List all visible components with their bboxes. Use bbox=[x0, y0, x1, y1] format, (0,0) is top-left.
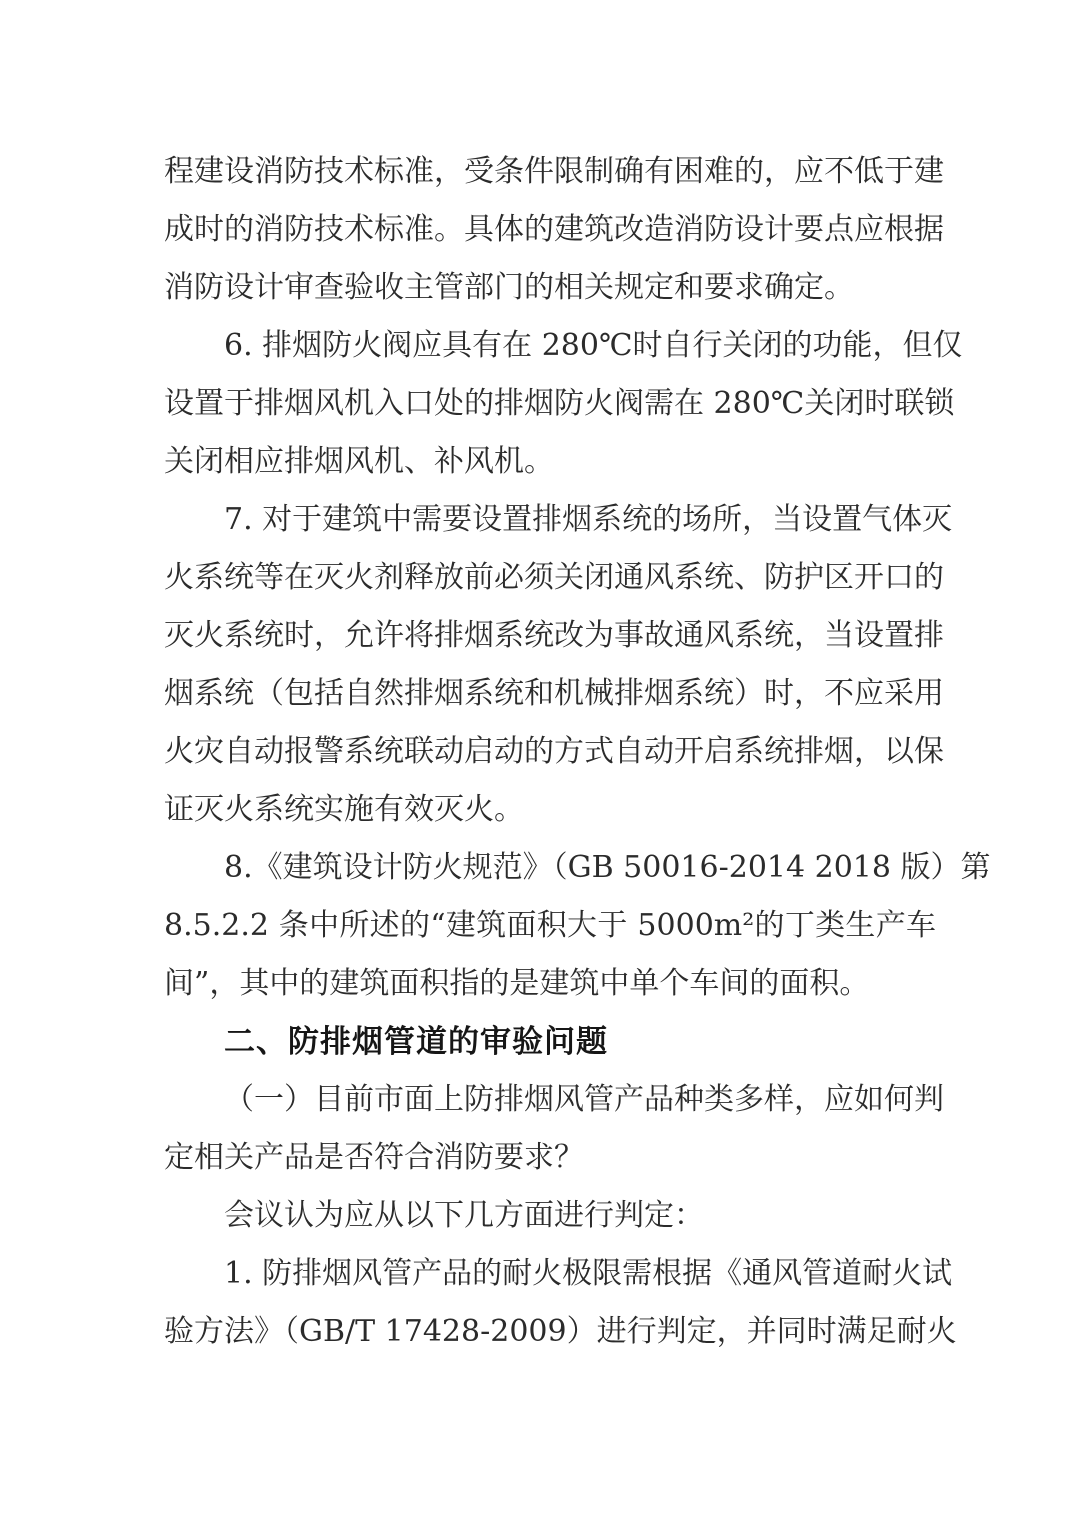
document-page: 程建设消防技术标准，受条件限制确有困难的，应不低于建成时的消防技术标准。具体的建… bbox=[0, 0, 1080, 1527]
text-line: 消防设计审查验收主管部门的相关规定和要求确定。 bbox=[164, 259, 936, 317]
text-line: 1. 防排烟风管产品的耐火极限需根据《通风管道耐火试 bbox=[164, 1245, 936, 1303]
text-line: 6. 排烟防火阀应具有在 280℃时自行关闭的功能，但仅 bbox=[164, 317, 936, 375]
text-line: 7. 对于建筑中需要设置排烟系统的场所，当设置气体灭 bbox=[164, 491, 936, 549]
text-line: 证灭火系统实施有效灭火。 bbox=[164, 781, 936, 839]
text-line: 烟系统（包括自然排烟系统和机械排烟系统）时，不应采用 bbox=[164, 665, 936, 723]
text-line: 火系统等在灭火剂释放前必须关闭通风系统、防护区开口的 bbox=[164, 549, 936, 607]
section-heading: 二、防排烟管道的审验问题 bbox=[164, 1013, 936, 1071]
text-line: 8.《建筑设计防火规范》（GB 50016-2014 2018 版）第 bbox=[164, 839, 936, 897]
text-line: 验方法》（GB/T 17428-2009）进行判定，并同时满足耐火 bbox=[164, 1303, 936, 1361]
text-line: 设置于排烟风机入口处的排烟防火阀需在 280℃关闭时联锁 bbox=[164, 375, 936, 433]
text-line: （一）目前市面上防排烟风管产品种类多样，应如何判 bbox=[164, 1071, 936, 1129]
text-line: 火灾自动报警系统联动启动的方式自动开启系统排烟，以保 bbox=[164, 723, 936, 781]
text-line: 成时的消防技术标准。具体的建筑改造消防设计要点应根据 bbox=[164, 201, 936, 259]
text-line: 灭火系统时，允许将排烟系统改为事故通风系统，当设置排 bbox=[164, 607, 936, 665]
text-line: 定相关产品是否符合消防要求？ bbox=[164, 1129, 936, 1187]
text-line: 会议认为应从以下几方面进行判定： bbox=[164, 1187, 936, 1245]
text-line: 程建设消防技术标准，受条件限制确有困难的，应不低于建 bbox=[164, 143, 936, 201]
document-text-block: 程建设消防技术标准，受条件限制确有困难的，应不低于建成时的消防技术标准。具体的建… bbox=[164, 143, 936, 1361]
text-line: 8.5.2.2 条中所述的“建筑面积大于 5000m²的丁类生产车 bbox=[164, 897, 936, 955]
text-line: 关闭相应排烟风机、补风机。 bbox=[164, 433, 936, 491]
text-line: 间”，其中的建筑面积指的是建筑中单个车间的面积。 bbox=[164, 955, 936, 1013]
